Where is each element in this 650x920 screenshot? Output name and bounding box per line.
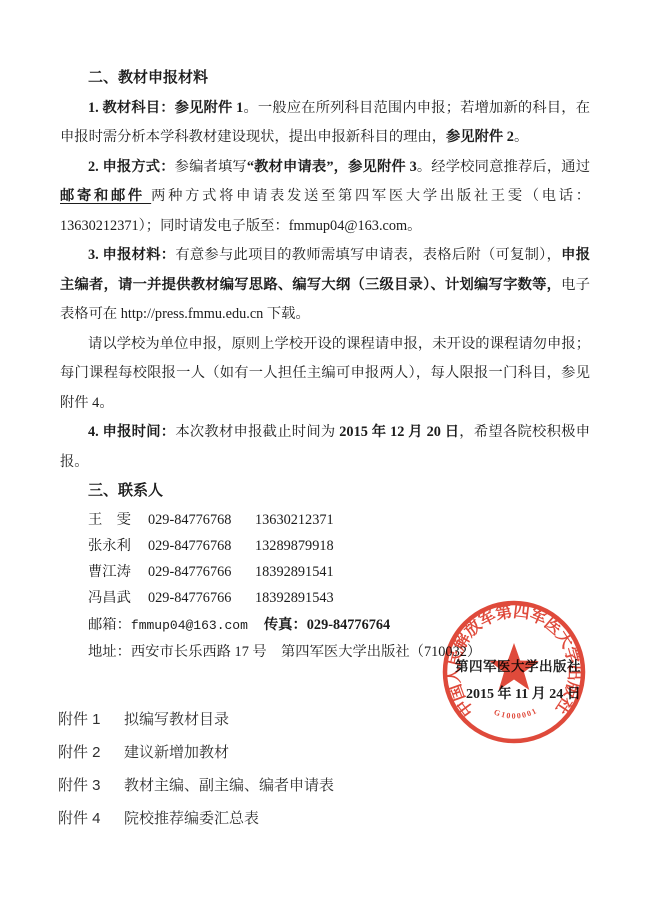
attachment-title: 拟编写教材目录 (124, 711, 229, 728)
attachment-list: 附件 1拟编写教材目录 附件 2建议新增加教材 附件 3教材主编、副主编、编者申… (58, 703, 334, 835)
email-value: fmmup04@163.com (131, 613, 264, 639)
fax-label: 传真： (264, 617, 307, 633)
contact-row: 王 雯029-8477676813630212371 (60, 507, 590, 533)
attachment-row: 附件 4院校推荐编委汇总表 (58, 802, 334, 835)
contact-row: 曹江涛029-8477676618392891541 (60, 559, 590, 585)
para-subject-bold-lead: 1. 教材科目：参见附件 1 (88, 100, 243, 116)
attachment-row: 附件 3教材主编、副主编、编者申请表 (58, 769, 334, 802)
para-deadline: 4. 申报时间：本次教材申报截止时间为 2015 年 12 月 20 日，希望各… (60, 418, 590, 477)
para-school-rule: 请以学校为单位申报，原则上学校开设的课程请申报，未开设的课程请勿申报；每门课程每… (60, 330, 590, 419)
attachment-label: 附件 4 (58, 802, 110, 835)
section-heading-contacts: 三、联系人 (60, 477, 590, 507)
seal-star-icon (489, 643, 538, 690)
contact-tel: 029-84776768 (148, 507, 255, 533)
underlined-mail-methods: 邮寄和邮件 (60, 188, 151, 204)
contact-name: 王 雯 (88, 507, 148, 533)
contact-tel: 029-84776766 (148, 585, 255, 611)
seal-and-signature-block: 第四军医大学出版社 2015 年 11 月 24 日 中国人民解放军第四军医大学… (430, 590, 650, 760)
attachment-title: 建议新增加教材 (124, 744, 229, 761)
contact-name: 张永利 (88, 533, 148, 559)
attachment-title: 院校推荐编委汇总表 (124, 810, 259, 827)
contact-name: 曹江涛 (88, 559, 148, 585)
contact-row: 张永利029-8477676813289879918 (60, 533, 590, 559)
attachment-title: 教材主编、副主编、编者申请表 (124, 777, 334, 794)
attachment-label: 附件 3 (58, 769, 110, 802)
contact-name: 冯昌武 (88, 585, 148, 611)
fax-value: 029-84776764 (307, 617, 390, 633)
para-method-bold-lead: 2. 申报方式： (88, 159, 175, 175)
contact-mobile: 13289879918 (255, 538, 334, 554)
attachment-label: 附件 2 (58, 736, 110, 769)
address-label: 地址： (88, 644, 131, 660)
doc-page: { "doc": { "sec2_heading": "二、教材申报材料", "… (0, 0, 650, 920)
contact-tel: 029-84776766 (148, 559, 255, 585)
contact-mobile: 13630212371 (255, 512, 334, 528)
contact-mobile: 18392891541 (255, 564, 334, 580)
official-red-seal-stamp-icon: 中国人民解放军第四军医大学出版社 G100000132004 (439, 597, 589, 747)
document-body: 二、教材申报材料 1. 教材科目：参见附件 1。一般应在所列科目范围内申报；若增… (60, 64, 590, 665)
deadline-date: 2015 年 12 月 20 日 (339, 424, 459, 440)
contact-tel: 029-84776768 (148, 533, 255, 559)
attachment-label: 附件 1 (58, 703, 110, 736)
contact-mobile: 18392891543 (255, 590, 334, 606)
para-documents: 3. 申报材料：有意参与此项目的教师需填写申请表，表格后附（可复制），申报主编者… (60, 241, 590, 330)
section-heading-materials: 二、教材申报材料 (60, 64, 590, 94)
attachment-row: 附件 1拟编写教材目录 (58, 703, 334, 736)
email-label: 邮箱： (88, 617, 131, 633)
attachment-row: 附件 2建议新增加教材 (58, 736, 334, 769)
para-method: 2. 申报方式：参编者填写“教材申请表”，参见附件 3。经学校同意推荐后，通过 … (60, 153, 590, 242)
para-deadline-bold-lead: 4. 申报时间： (88, 424, 175, 440)
para-subject: 1. 教材科目：参见附件 1。一般应在所列科目范围内申报；若增加新的科目，在申报… (60, 94, 590, 153)
address-value: 西安市长乐西路 17 号 第四军医大学出版社（710032） (131, 644, 481, 660)
para-documents-bold-lead: 3. 申报材料： (88, 247, 175, 263)
